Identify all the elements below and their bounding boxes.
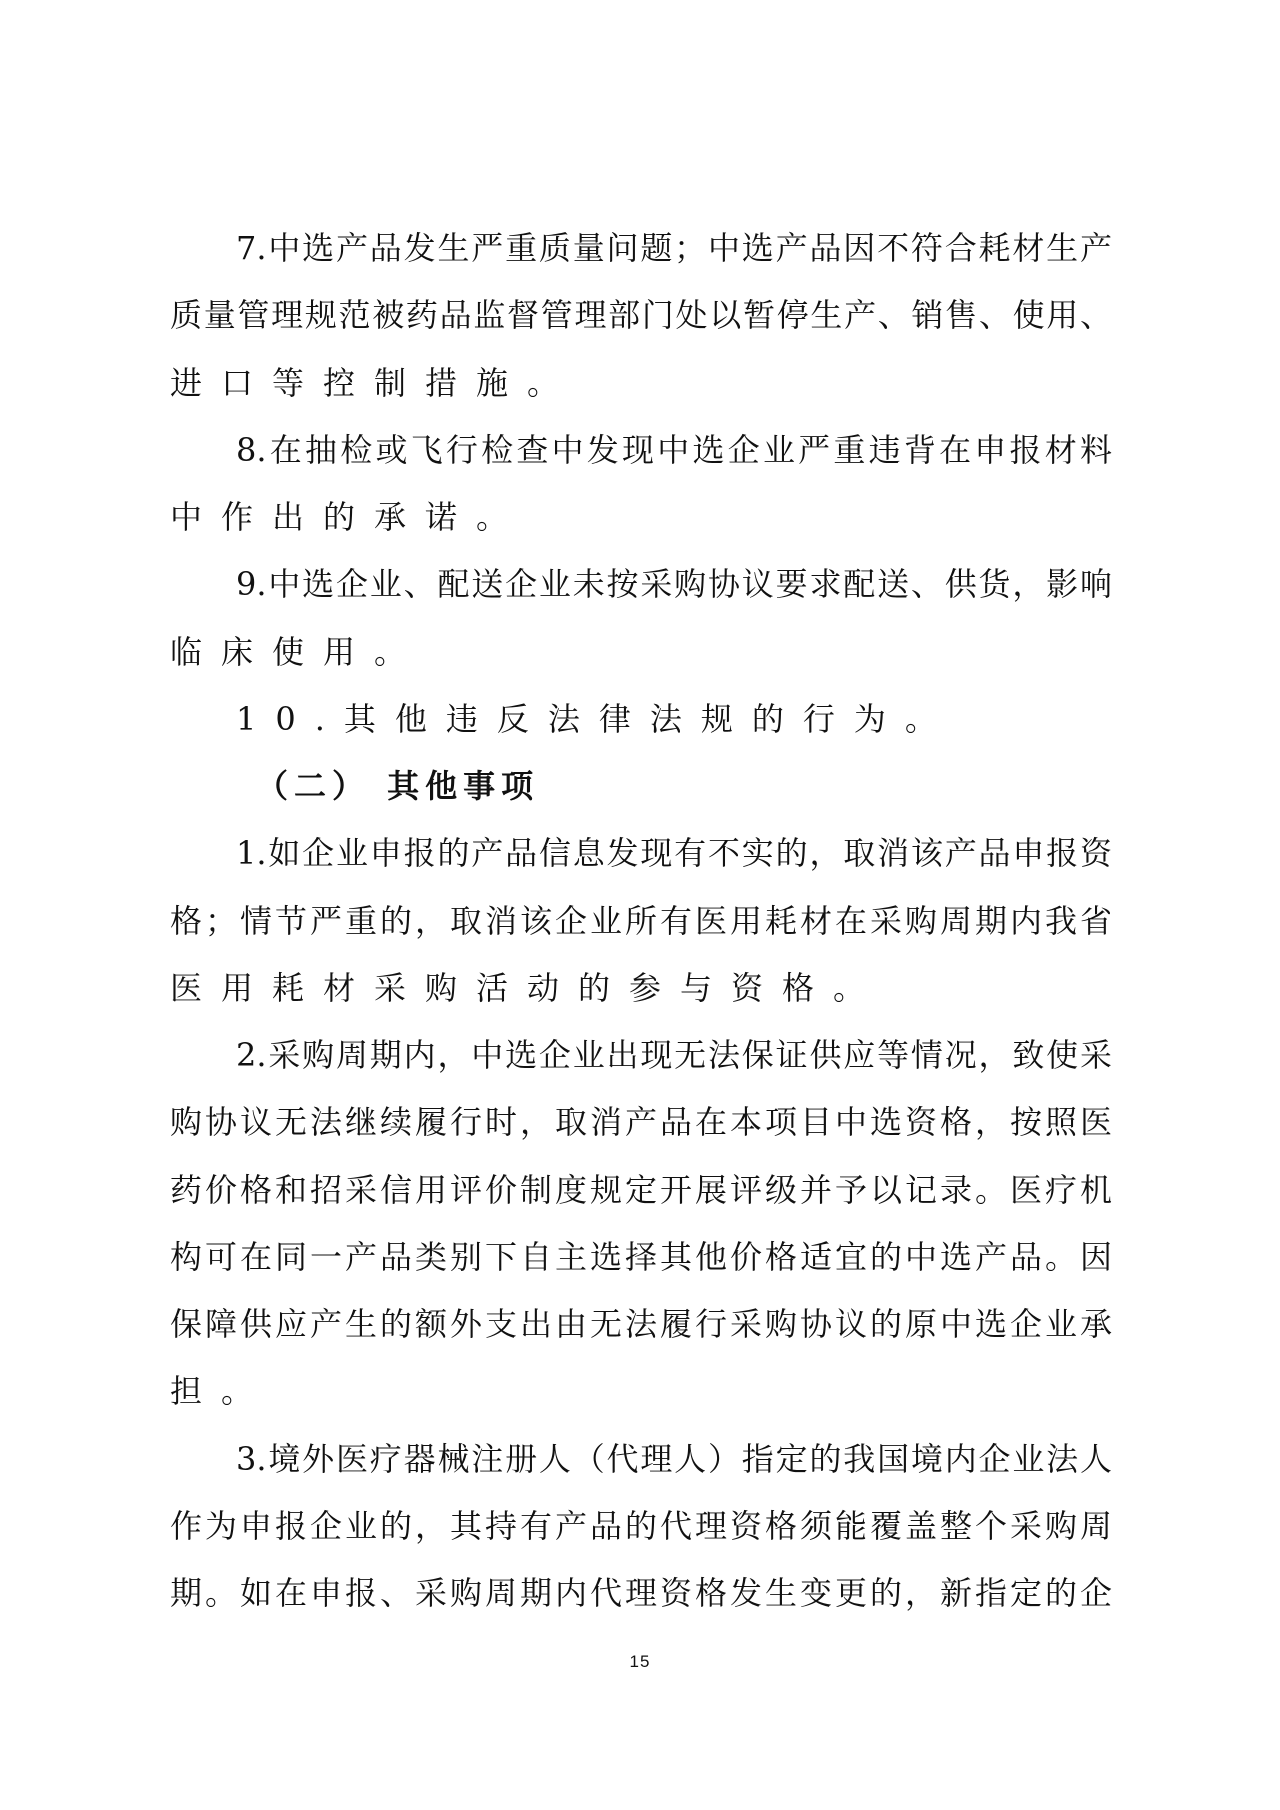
item-3-line-2: 作为申报企业的，其持有产品的代理资格须能覆盖整个采购周	[170, 1493, 1112, 1560]
clause-7-line-1: 7.中选产品发生严重质量问题；中选产品因不符合耗材生产	[170, 215, 1112, 282]
page-number: 15	[0, 1652, 1280, 1672]
item-2-line-6: 担。	[170, 1358, 1112, 1425]
document-body: 7.中选产品发生严重质量问题；中选产品因不符合耗材生产 质量管理规范被药品监督管…	[170, 215, 1112, 1627]
item-2-line-5: 保障供应产生的额外支出由无法履行采购协议的原中选企业承	[170, 1291, 1112, 1358]
clause-10-line-1: 10.其他违反法律法规的行为。	[170, 686, 1112, 753]
clause-7-line-3: 进口等控制措施。	[170, 350, 1112, 417]
clause-7-line-2: 质量管理规范被药品监督管理部门处以暂停生产、销售、使用、	[170, 282, 1112, 349]
clause-9-line-2: 临床使用。	[170, 619, 1112, 686]
item-1-line-3: 医用耗材采购活动的参与资格。	[170, 955, 1112, 1022]
item-2-line-3: 药价格和招采信用评价制度规定开展评级并予以记录。医疗机	[170, 1157, 1112, 1224]
clause-8-line-1: 8.在抽检或飞行检查中发现中选企业严重违背在申报材料	[170, 417, 1112, 484]
clause-8-line-2: 中作出的承诺。	[170, 484, 1112, 551]
item-2-line-4: 构可在同一产品类别下自主选择其他价格适宜的中选产品。因	[170, 1224, 1112, 1291]
section-heading-other-matters: （二） 其他事项	[170, 753, 1112, 820]
clause-9-line-1: 9.中选企业、配送企业未按采购协议要求配送、供货，影响	[170, 551, 1112, 618]
item-1-line-2: 格；情节严重的，取消该企业所有医用耗材在采购周期内我省	[170, 888, 1112, 955]
item-3-line-1: 3.境外医疗器械注册人（代理人）指定的我国境内企业法人	[170, 1426, 1112, 1493]
item-2-line-1: 2.采购周期内，中选企业出现无法保证供应等情况，致使采	[170, 1022, 1112, 1089]
item-3-line-3: 期。如在申报、采购周期内代理资格发生变更的，新指定的企	[170, 1560, 1112, 1627]
item-2-line-2: 购协议无法继续履行时，取消产品在本项目中选资格，按照医	[170, 1089, 1112, 1156]
item-1-line-1: 1.如企业申报的产品信息发现有不实的，取消该产品申报资	[170, 820, 1112, 887]
document-page: 7.中选产品发生严重质量问题；中选产品因不符合耗材生产 质量管理规范被药品监督管…	[0, 0, 1280, 1810]
